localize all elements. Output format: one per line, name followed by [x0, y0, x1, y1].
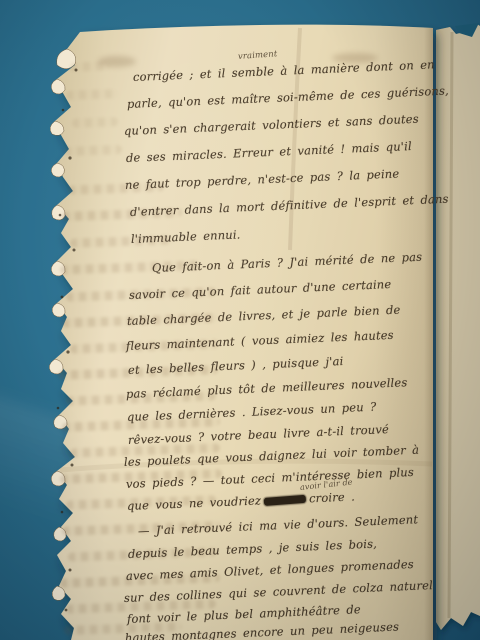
bleedthrough-row [66, 89, 118, 100]
bleedthrough-row [72, 117, 118, 128]
scratched-out-word [264, 495, 306, 506]
folded-second-leaf [436, 23, 480, 630]
photograph-of-letter: corrigée ; et il semble à la manière don… [0, 0, 480, 640]
fold-crease-shading [424, 26, 436, 640]
ink-stain [98, 56, 136, 67]
